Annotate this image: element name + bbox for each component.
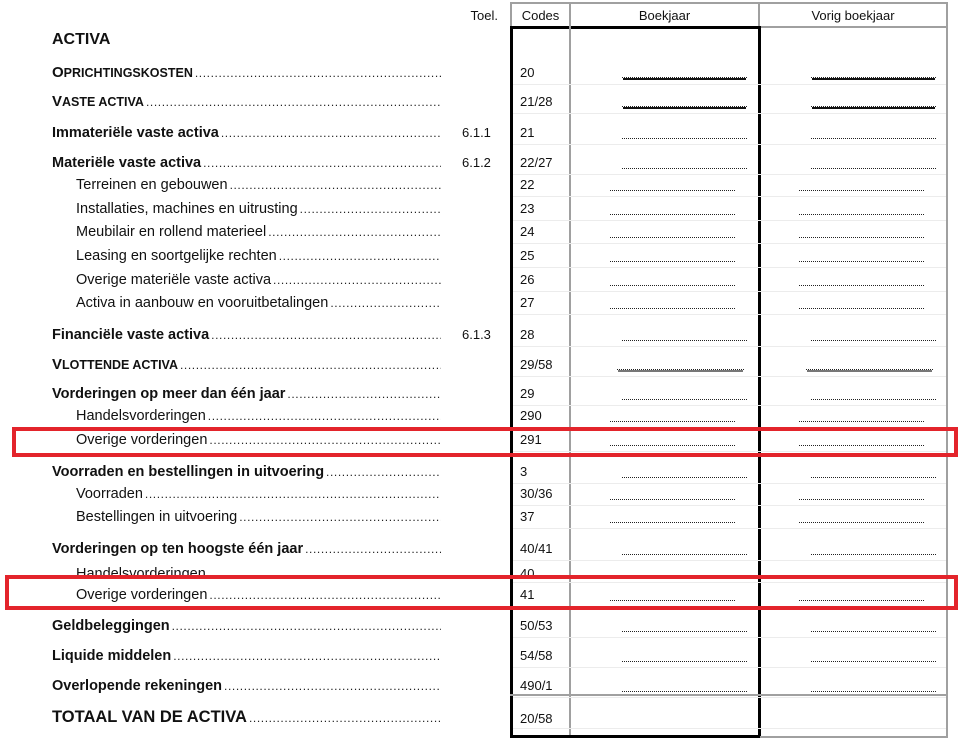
row-separator [513,243,946,244]
table-row-handelsvorderingen-1: Handelsvorderingen......................… [0,405,959,427]
row-separator [513,728,946,729]
row-label-text: Installaties, machines en uitrusting [76,198,298,220]
row-label-text: Overige vorderingen [76,429,207,451]
row-label: Geldbeleggingen.........................… [52,615,441,637]
dot-leader: ........................................… [249,707,441,728]
amount-field-vorig-boekjaar[interactable] [811,647,936,662]
section-title-text: ACTIVA [52,29,110,51]
row-label-text: Activa in aanbouw en vooruitbetalingen [76,292,328,314]
row-code: 26 [520,269,534,291]
table-row-financiele-vaste-activa: Financiële vaste activa.................… [0,324,959,346]
amount-field-boekjaar[interactable] [610,223,735,238]
row-label-text: Voorraden [76,483,143,505]
amount-field-vorig-boekjaar[interactable] [799,431,924,446]
amount-field-vorig-boekjaar[interactable] [799,485,924,500]
section-title: ACTIVA [52,29,452,51]
row-label-text: Handelsvorderingen [76,405,206,427]
table-row-vorderingen-ten-hoogste-een-jaar: Vorderingen op ten hoogste één jaar.....… [0,538,959,560]
amount-field-boekjaar[interactable] [622,385,747,400]
row-label: Overige materiële vaste activa..........… [76,269,441,291]
amount-field-vorig-boekjaar[interactable] [811,154,936,169]
row-label-text: Liquide middelen [52,645,171,667]
dot-leader: ........................................… [209,429,441,451]
row-label: Immateriële vaste activa................… [52,122,441,144]
table-row-terreinen-en-gebouwen: Terreinen en gebouwen...................… [0,174,959,196]
amount-field-boekjaar[interactable] [622,63,747,78]
row-code: 22 [520,174,534,196]
row-label: Activa in aanbouw en vooruitbetalingen..… [76,292,441,314]
table-row-geldbeleggingen: Geldbeleggingen.........................… [0,615,959,637]
table-row-liquide-middelen: Liquide middelen........................… [0,645,959,667]
amount-field-vorig-boekjaar[interactable] [811,385,936,400]
row-code: 23 [520,198,534,220]
dot-leader: ........................................… [195,62,441,84]
amount-field-vorig-boekjaar[interactable] [811,124,936,139]
row-label-text: Materiële vaste activa [52,152,201,174]
row-code: 20/58 [520,708,553,730]
header-vorig-boekjaar: Vorig boekjaar [760,2,946,27]
row-separator [513,697,946,698]
dot-leader: ........................................… [221,122,441,144]
table-row-vorderingen-meer-dan-een-jaar: Vorderingen op meer dan één jaar........… [0,383,959,405]
row-label: Financiële vaste activa.................… [52,324,441,346]
row-label-text: Financiële vaste activa [52,324,209,346]
row-label: Leasing en soortgelijke rechten.........… [76,245,441,267]
amount-field-vorig-boekjaar[interactable] [799,200,924,215]
amount-field-boekjaar[interactable] [622,124,747,139]
table-row-overige-materiele-vaste-activa: Overige materiële vaste activa..........… [0,269,959,291]
row-label-text: Overige vorderingen [76,584,207,606]
dot-leader: ........................................… [330,292,441,314]
amount-field-boekjaar[interactable] [610,200,735,215]
row-code: 29/58 [520,354,553,376]
row-code: 28 [520,324,534,346]
amount-field-boekjaar[interactable] [622,540,747,555]
dot-leader: ........................................… [209,584,441,606]
amount-field-boekjaar[interactable] [610,586,735,601]
amount-field-vorig-boekjaar[interactable] [799,247,924,262]
dot-leader: ........................................… [239,506,441,528]
amount-field-vorig-boekjaar[interactable] [799,176,924,191]
dot-leader: ........................................… [224,675,441,697]
row-separator [513,582,946,583]
amount-field-vorig-boekjaar[interactable] [811,617,936,632]
row-separator [513,113,946,114]
dot-leader: ........................................… [208,405,441,427]
amount-field-vorig-boekjaar[interactable] [811,63,936,78]
amount-field-boekjaar[interactable] [610,485,735,500]
row-label: Meubilair en rollend materieel..........… [76,221,441,243]
table-row-leasing: Leasing en soortgelijke rechten.........… [0,245,959,267]
row-separator [513,144,946,145]
row-separator [513,667,946,668]
row-label-text: Leasing en soortgelijke rechten [76,245,277,267]
row-code: 27 [520,292,534,314]
row-label: Voorraden en bestellingen in uitvoering.… [52,461,441,483]
dot-leader: ........................................… [180,354,441,376]
amount-field-boekjaar[interactable] [622,92,747,107]
row-label-text: Voorraden en bestellingen in uitvoering [52,461,324,483]
amount-field-vorig-boekjaar[interactable] [799,407,924,422]
row-label: Bestellingen in uitvoering..............… [76,506,441,528]
amount-field-boekjaar[interactable] [610,271,735,286]
amount-field-boekjaar[interactable] [617,355,744,370]
amount-field-vorig-boekjaar[interactable] [811,92,936,107]
table-row-meubilair: Meubilair en rollend materieel..........… [0,221,959,243]
row-code: 24 [520,221,534,243]
header-boekjaar: Boekjaar [571,2,758,27]
row-label: Handelsvorderingen [76,563,441,578]
table-row-vaste-activa: VASTE ACTIVA............................… [0,91,959,113]
row-code: 50/53 [520,615,553,637]
dot-leader: ........................................… [173,645,441,667]
row-code: 21/28 [520,91,553,113]
table-row-overige-vorderingen-2: Overige vorderingen.....................… [0,584,959,606]
row-label: OPRICHTINGSKOSTEN.......................… [52,62,441,84]
row-label-text: Handelsvorderingen [76,563,206,578]
row-code: 3 [520,461,527,483]
table-row-oprichtingskosten: OPRICHTINGSKOSTEN.......................… [0,62,959,84]
amount-field-vorig-boekjaar[interactable] [811,677,936,692]
table-row-totaal-van-de-activa: TOTAAL VAN DE ACTIVA....................… [0,706,959,728]
table-row-bestellingen-in-uitvoering: Bestellingen in uitvoering..............… [0,506,959,528]
amount-field-boekjaar[interactable] [610,508,735,523]
row-code: 22/27 [520,152,553,174]
dot-leader: ........................................… [146,91,441,113]
dot-leader: ........................................… [326,461,441,483]
row-label-text: TOTAAL VAN DE ACTIVA [52,706,247,728]
row-label: Overige vorderingen.....................… [76,429,441,451]
row-label-text: Overlopende rekeningen [52,675,222,697]
amount-field-vorig-boekjaar[interactable] [799,223,924,238]
amount-field-boekjaar[interactable] [610,407,735,422]
row-label: Installaties, machines en uitrusting....… [76,198,441,220]
amount-field-vorig-boekjaar[interactable] [799,271,924,286]
amount-field-vorig-boekjaar[interactable] [799,294,924,309]
row-code: 20 [520,62,534,84]
row-label-text: Overige materiële vaste activa [76,269,271,291]
row-label: VASTE ACTIVA............................… [52,91,441,113]
row-label-text: Vorderingen op ten hoogste één jaar [52,538,303,560]
dot-leader: ........................................… [273,269,441,291]
row-separator [513,346,946,347]
row-code: 37 [520,506,534,528]
row-separator [513,451,946,452]
row-code: 21 [520,122,534,144]
table-row-materiele-vaste-activa: Materiële vaste activa..................… [0,152,959,174]
amount-field-vorig-boekjaar[interactable] [811,540,936,555]
amount-field-boekjaar[interactable] [622,647,747,662]
amount-field-vorig-boekjaar[interactable] [811,463,936,478]
row-code: 54/58 [520,645,553,667]
amount-field-boekjaar[interactable] [622,326,747,341]
row-label-text: Geldbeleggingen [52,615,170,637]
row-label-text: Vorderingen op meer dan één jaar [52,383,285,405]
dot-leader: ........................................… [287,383,441,405]
row-separator [513,267,946,268]
header-codes: Codes [512,2,569,27]
row-separator [513,637,946,638]
row-code: 25 [520,245,534,267]
amount-field-vorig-boekjaar[interactable] [806,355,933,370]
dot-leader: ........................................… [305,538,441,560]
row-label: Overige vorderingen.....................… [76,584,441,606]
row-label: Overlopende rekeningen..................… [52,675,441,697]
header-toel: Toel. [440,2,498,27]
amount-field-boekjaar[interactable] [622,617,747,632]
row-code: 291 [520,429,542,451]
row-label-text: Bestellingen in uitvoering [76,506,237,528]
amount-field-vorig-boekjaar[interactable] [799,508,924,523]
amount-field-boekjaar[interactable] [622,677,747,692]
dot-leader: ........................................… [279,245,441,267]
row-label: Handelsvorderingen......................… [76,405,441,427]
amount-field-boekjaar[interactable] [610,294,735,309]
row-separator [513,196,946,197]
table-row-voorraden-en-bestellingen: Voorraden en bestellingen in uitvoering.… [0,461,959,483]
row-code: 290 [520,405,542,427]
amount-field-boekjaar[interactable] [610,431,735,446]
row-separator [513,376,946,377]
amount-field-boekjaar[interactable] [622,463,747,478]
table-bottom-border-previous [760,736,948,738]
row-label-text: Immateriële vaste activa [52,122,219,144]
row-code: 40 [520,563,534,578]
table-row-activa-in-aanbouw: Activa in aanbouw en vooruitbetalingen..… [0,292,959,314]
row-code: 29 [520,383,534,405]
dot-leader: ........................................… [230,174,441,196]
row-label-text: VASTE ACTIVA [52,91,144,113]
amount-field-vorig-boekjaar[interactable] [811,326,936,341]
row-separator [513,528,946,529]
dot-leader: ........................................… [172,615,441,637]
row-label: VLOTTENDE ACTIVA........................… [52,354,441,376]
row-label: Terreinen en gebouwen...................… [76,174,441,196]
amount-field-boekjaar[interactable] [622,154,747,169]
dot-leader: ........................................… [300,198,441,220]
table-row-vlottende-activa: VLOTTENDE ACTIVA........................… [0,354,959,376]
table-row-immateriele-vaste-activa: Immateriële vaste activa................… [0,122,959,144]
row-separator [513,427,946,428]
table-row-overlopende-rekeningen: Overlopende rekeningen..................… [0,675,959,697]
amount-field-boekjaar[interactable] [610,176,735,191]
row-toel: 6.1.3 [462,324,491,346]
table-row-handelsvorderingen-2: Handelsvorderingen40 [0,560,959,582]
row-code: 30/36 [520,483,553,505]
row-code: 490/1 [520,675,553,697]
table-row-voorraden: Voorraden...............................… [0,483,959,505]
row-label: Vorderingen op ten hoogste één jaar.....… [52,538,441,560]
row-label: Voorraden...............................… [76,483,441,505]
table-row-installaties: Installaties, machines en uitrusting....… [0,198,959,220]
row-label-text: OPRICHTINGSKOSTEN [52,62,193,84]
row-label-text: Terreinen en gebouwen [76,174,228,196]
dot-leader: ........................................… [211,324,441,346]
row-separator [513,314,946,315]
table-bottom-border-current [510,735,761,738]
row-toel: 6.1.2 [462,152,491,174]
dot-leader: ........................................… [203,152,441,174]
table-row-overige-vorderingen-1: Overige vorderingen.....................… [0,429,959,451]
row-separator [513,606,946,607]
amount-field-boekjaar[interactable] [610,247,735,262]
dot-leader: ........................................… [268,221,441,243]
row-code: 40/41 [520,538,553,560]
row-toel: 6.1.1 [462,122,491,144]
row-label: Vorderingen op meer dan één jaar........… [52,383,441,405]
row-label: TOTAAL VAN DE ACTIVA....................… [52,706,441,728]
row-label: Liquide middelen........................… [52,645,441,667]
row-label: Materiële vaste activa..................… [52,152,441,174]
row-label-text: Meubilair en rollend materieel [76,221,266,243]
row-separator [513,84,946,85]
dot-leader: ........................................… [145,483,441,505]
amount-field-vorig-boekjaar[interactable] [799,586,924,601]
row-code: 41 [520,584,534,606]
row-label-text: VLOTTENDE ACTIVA [52,354,178,376]
